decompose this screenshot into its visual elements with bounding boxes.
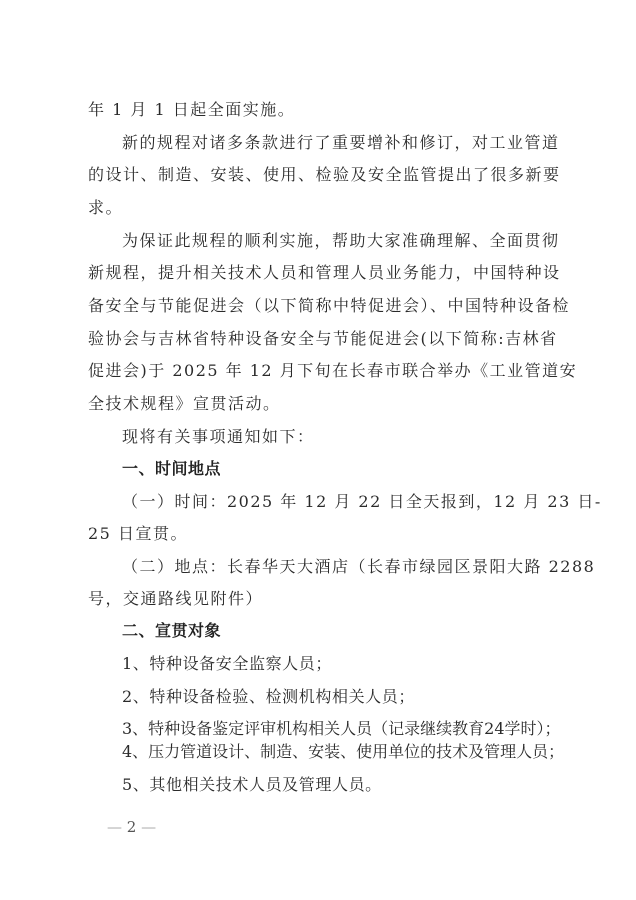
paragraph-line: 年 1 月 1 日起全面实施。 (88, 100, 550, 120)
time-line: （一）时间：2025 年 12 月 22 日全天报到，12 月 23 日- (122, 492, 550, 512)
paragraph-line: 促进会)于 2025 年 12 月下旬在长春市联合举办《工业管道安 (88, 361, 550, 381)
paragraph-line: 备安全与节能促进会（以下简称中特促进会）、中国特种设备检 (88, 296, 550, 316)
place-line-continued: 号，交通路线见附件） (88, 589, 550, 609)
section-heading-time-place: 一、时间地点 (122, 459, 550, 479)
section-heading-audience: 二、宣贯对象 (122, 621, 550, 641)
place-line: （二）地点：长春华天大酒店（长春市绿园区景阳大路 2288 (122, 557, 550, 577)
paragraph-line: 全技术规程》宣贯活动。 (88, 394, 550, 414)
dash-left: — (107, 818, 122, 836)
audience-list-item: 3、特种设备鉴定评审机构相关人员（记录继续教育24学时）； (122, 719, 550, 739)
paragraph-line: 的设计、制造、安装、使用、检验及安全监管提出了很多新要 (88, 165, 550, 185)
time-line-continued: 25 日宣贯。 (88, 524, 550, 544)
paragraph-line: 新的规程对诸多条款进行了重要增补和修订，对工业管道 (122, 133, 550, 153)
audience-list-item: 1、特种设备安全监察人员； (122, 654, 550, 674)
document-page: 年 1 月 1 日起全面实施。 新的规程对诸多条款进行了重要增补和修订，对工业管… (0, 0, 636, 900)
paragraph-line: 现将有关事项通知如下： (122, 427, 550, 447)
page-number: 2 (127, 818, 137, 836)
page-number-footer: — 2 — (107, 818, 156, 836)
paragraph-line: 求。 (88, 198, 550, 218)
paragraph-line: 验协会与吉林省特种设备安全与节能促进会(以下简称:吉林省 (88, 329, 550, 349)
audience-list-item: 2、特种设备检验、检测机构相关人员； (122, 687, 550, 707)
dash-right: — (141, 818, 156, 836)
paragraph-line: 为保证此规程的顺利实施，帮助大家准确理解、全面贯彻 (122, 231, 550, 251)
audience-list-item: 4、压力管道设计、制造、安装、使用单位的技术及管理人员； (122, 742, 550, 762)
audience-list-item: 5、其他相关技术人员及管理人员。 (122, 775, 550, 795)
paragraph-line: 新规程，提升相关技术人员和管理人员业务能力，中国特种设 (88, 263, 550, 283)
